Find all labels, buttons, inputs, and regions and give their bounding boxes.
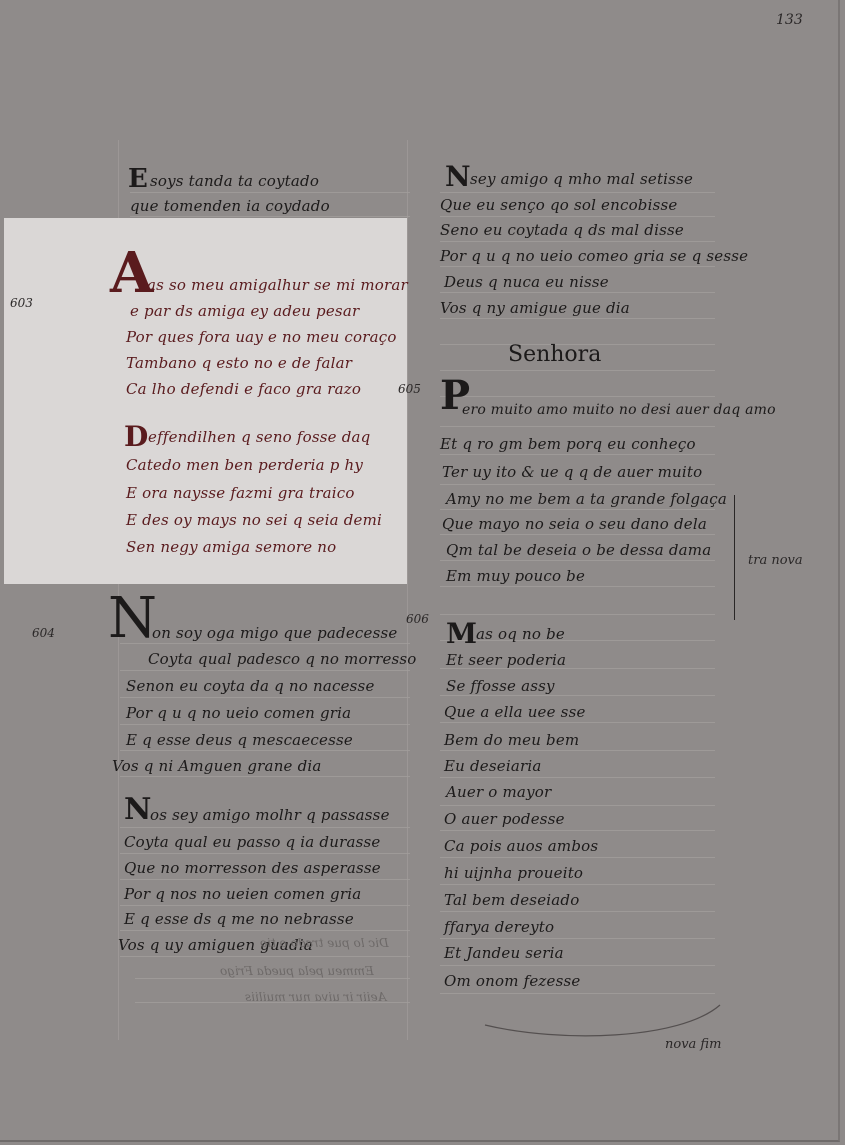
verse-line: E ora naysse fazmi gra traico: [126, 484, 355, 502]
verse-line: sey amigo q mho mal setisse: [470, 170, 693, 188]
ruling-line: [440, 292, 715, 293]
ruling-line: [440, 586, 715, 587]
verse-line: soys tanda ta coytado: [150, 172, 319, 190]
ruling-line: [130, 216, 410, 217]
verse-line: Tambano q esto no e de falar: [126, 354, 352, 372]
verse-line: Bem do meu bem: [444, 731, 579, 749]
ruling-line: [135, 978, 410, 979]
margin-note-606: 606: [406, 612, 429, 626]
ruling-line: [120, 853, 410, 854]
ruling-line: [120, 697, 410, 698]
initial-letter: D: [124, 420, 148, 453]
verse-line: Senon eu coyta da q no nacesse: [126, 677, 375, 695]
ruling-line: [120, 930, 410, 931]
verse-line: Coyta qual eu passo q ia durasse: [124, 833, 380, 851]
margin-note-605: 605: [398, 382, 421, 396]
verse-line: Por q u q no ueio comen gria: [126, 704, 351, 722]
ruling-line: [440, 534, 715, 535]
initial-letter: A: [110, 240, 153, 306]
bleed-through-text: Dic lo pue trado o tio: [260, 936, 389, 950]
bracket-mark: [734, 495, 735, 620]
ruling-line: [120, 905, 410, 906]
verse-line: Por q u q no ueio comeo gria se q sesse: [440, 247, 748, 265]
ruling-line: [440, 484, 715, 485]
ruling-line: [440, 426, 715, 427]
verse-line: os sey amigo molhr q passasse: [150, 806, 390, 824]
ruling-line: [440, 777, 715, 778]
verse-line: E q esse deus q mescaecesse: [126, 731, 353, 749]
ruling-line: [120, 827, 410, 828]
verse-line: Amy no me bem a ta grande folgaça: [446, 490, 727, 508]
initial-letter: N: [445, 160, 471, 193]
verse-line: E des oy mays no sei q seia demi: [126, 511, 382, 529]
verse-line: Vos q ni Amguen grane dia: [112, 757, 322, 775]
verse-line: as oq no be: [476, 625, 565, 643]
ruling-line: [120, 776, 410, 777]
verse-line: Auer o mayor: [446, 783, 551, 801]
ruling-line: [440, 938, 715, 939]
ruling-line: [440, 911, 715, 912]
ruling-line: [130, 192, 410, 193]
verse-line: Que no morresson des asperasse: [124, 859, 381, 877]
ruling-line: [440, 370, 715, 371]
ruling-line: [440, 695, 715, 696]
verse-line: Em muy pouco be: [446, 567, 585, 585]
ruling-line: [440, 216, 715, 217]
initial-letter: M: [446, 617, 477, 650]
ruling-line: [440, 857, 715, 858]
ruling-line: [440, 830, 715, 831]
ruling-line: [120, 724, 410, 725]
column-divider: [407, 140, 408, 1040]
verse-line: Catedo men ben perderia p hy: [126, 456, 363, 474]
initial-letter: N: [108, 586, 157, 651]
verse-line: Et Jandeu seria: [444, 944, 564, 962]
manuscript-page: 133 603 604 605 606 tra nova nova fim E …: [0, 0, 840, 1142]
verse-line: Que mayo no seia o seu dano dela: [442, 515, 707, 533]
folio-number: 133: [776, 12, 803, 28]
ruling-line: [440, 318, 715, 319]
ruling-line: [440, 266, 715, 267]
ruling-line: [440, 454, 715, 455]
verse-line: Ca pois auos ambos: [444, 837, 598, 855]
ruling-line: [120, 750, 410, 751]
verse-line: Ter uy ito & ue q q de auer muito: [442, 463, 702, 481]
margin-note-604: 604: [32, 626, 55, 640]
initial-letter: E: [128, 164, 148, 194]
verse-line: Coyta qual padesco q no morresso: [148, 650, 417, 668]
verse-line: e par ds amiga ey adeu pesar: [130, 302, 359, 320]
verse-line: ias so meu amigalhur se mi morar: [142, 276, 408, 294]
flourish-curve: [480, 985, 730, 1045]
ruling-line: [440, 614, 715, 615]
verse-line: que tomenden ia coydado: [130, 197, 330, 215]
bleed-through-text: Aeiir ir uiva nur muiliis: [245, 990, 386, 1004]
ruling-line: [440, 560, 715, 561]
verse-line: Et q ro gm bem porq eu conheço: [440, 435, 696, 453]
section-heading: Senhora: [508, 342, 601, 367]
verse-line: effendilhen q seno fosse daq: [148, 428, 370, 446]
ruling-line: [440, 509, 715, 510]
verse-line: Se ffosse assy: [446, 677, 555, 695]
ruling-line: [440, 722, 715, 723]
verse-line: Tal bem deseiado: [444, 891, 579, 909]
margin-note-603: 603: [10, 296, 33, 310]
verse-line: Sen negy amiga semore no: [126, 538, 336, 556]
verse-line: Vos q ny amigue gue dia: [440, 299, 630, 317]
initial-letter: N: [124, 792, 151, 827]
bleed-through-text: Emmeu pela pueda Frigo: [220, 964, 374, 978]
ruling-line: [120, 879, 410, 880]
verse-line: Por q nos no ueien comen gria: [124, 885, 361, 903]
verse-line: Qm tal be deseia o be dessa dama: [446, 541, 711, 559]
verse-line: hi uijnha proueito: [444, 864, 583, 882]
ruling-line: [120, 670, 410, 671]
verse-line: on soy oga migo que padecesse: [152, 624, 397, 642]
ruling-line: [440, 750, 715, 751]
verse-line: ero muito amo muito no desi auer daq amo: [462, 402, 776, 418]
ruling-line: [120, 956, 410, 957]
ruling-line: [440, 805, 715, 806]
ruling-line: [440, 396, 715, 397]
verse-line: Eu deseiaria: [444, 757, 541, 775]
ruling-line: [440, 192, 715, 193]
ruling-line: [440, 241, 715, 242]
verse-line: Ca lho defendi e faco gra razo: [126, 380, 361, 398]
verse-line: O auer podesse: [444, 810, 565, 828]
verse-line: Seno eu coytada q ds mal disse: [440, 221, 684, 239]
verse-line: Por ques fora uay e no meu coraço: [126, 328, 397, 346]
verse-line: Et seer poderia: [446, 651, 566, 669]
verse-line: E q esse ds q me no nebrasse: [124, 910, 354, 928]
verse-line: Que eu senço qo sol encobisse: [440, 196, 677, 214]
margin-note-tra-nova: tra nova: [748, 553, 803, 568]
ruling-line: [120, 643, 410, 644]
ruling-line: [440, 965, 715, 966]
ruling-line: [440, 884, 715, 885]
verse-line: ffarya dereyto: [444, 918, 554, 936]
highlight-region: [4, 218, 407, 584]
verse-line: Deus q nuca eu nisse: [444, 273, 609, 291]
verse-line: Que a ella uee sse: [444, 703, 586, 721]
